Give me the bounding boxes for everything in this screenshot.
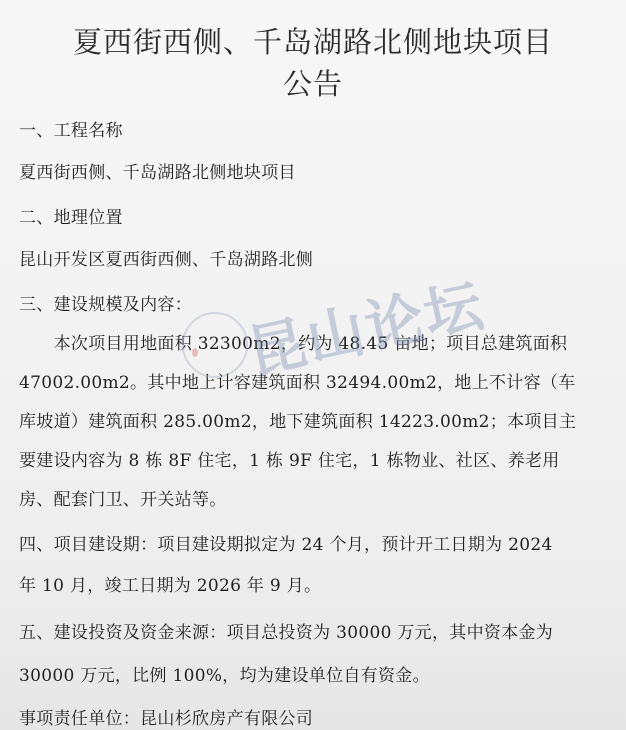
section-3-body-line: 本次项目用地面积 32300m2，约为 48.45 亩地；项目总建筑面积 bbox=[19, 329, 567, 354]
document-subtitle: 公告 bbox=[0, 62, 626, 103]
section-4-line: 四、项目建设期：项目建设期拟定为 24 个月，预计开工日期为 2024 bbox=[19, 530, 553, 555]
section-3-body-line: 要建设内容为 8 栋 8F 住宅，1 栋 9F 住宅，1 栋物业、社区、养老用 bbox=[19, 446, 560, 471]
section-3-body-line: 库坡道）建筑面积 285.00m2，地下建筑面积 14223.00m2；本项目主 bbox=[19, 407, 576, 432]
section-5-line: 五、建设投资及资金来源：项目总投资为 30000 万元，其中资本金为 bbox=[19, 618, 553, 643]
responsible-unit: 事项责任单位：昆山杉欣房产有限公司 bbox=[19, 704, 313, 729]
section-1-heading: 一、工程名称 bbox=[19, 116, 123, 141]
section-5-line: 30000 万元，比例 100%，均为建设单位自有资金。 bbox=[19, 661, 430, 686]
section-2-heading: 二、地理位置 bbox=[19, 203, 123, 228]
document-title: 夏西街西侧、千岛湖路北侧地块项目 bbox=[0, 20, 626, 61]
section-3-body-line: 房、配套门卫、开关站等。 bbox=[19, 485, 227, 510]
section-4-line: 年 10 月，竣工日期为 2026 年 9 月。 bbox=[19, 571, 321, 596]
section-3-body-line: 47002.00m2。其中地上计容建筑面积 32494.00m2，地上不计容（车 bbox=[19, 368, 576, 393]
section-2-body: 昆山开发区夏西街西侧、千岛湖路北侧 bbox=[19, 245, 313, 270]
section-1-body: 夏西街西侧、千岛湖路北侧地块项目 bbox=[19, 158, 296, 183]
section-3-heading: 三、建设规模及内容： bbox=[19, 290, 192, 315]
notice-document: 夏西街西侧、千岛湖路北侧地块项目 公告 一、工程名称 夏西街西侧、千岛湖路北侧地… bbox=[0, 0, 626, 730]
